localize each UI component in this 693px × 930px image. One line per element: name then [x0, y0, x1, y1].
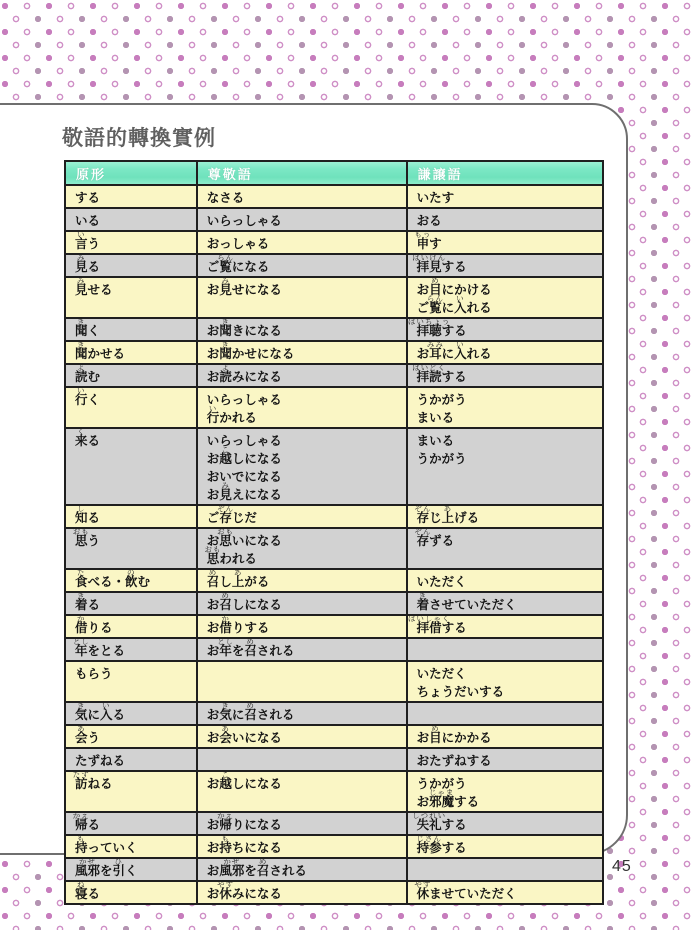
furigana: い: [456, 295, 465, 302]
furigana: とし: [217, 638, 234, 645]
table-cell: 聞きかせる: [65, 341, 197, 364]
kanji-with-furigana: 寝ね: [75, 887, 88, 902]
furigana: たず: [73, 771, 90, 778]
table-cell: 訪たずねる: [65, 771, 197, 812]
table-cell: お召めしになる: [197, 592, 407, 615]
furigana: もう: [414, 231, 431, 238]
furigana: よ: [77, 364, 86, 371]
kanji-with-furigana: 上あ: [442, 511, 455, 526]
table-cell: 風邪かぜを引ひく: [65, 858, 197, 881]
table-cell: [407, 638, 603, 661]
furigana: し: [77, 505, 86, 512]
table-cell: お借かりする: [197, 615, 407, 638]
table-cell: うかがうまいる: [407, 387, 603, 428]
table-cell: お見みせになる: [197, 277, 407, 318]
furigana: こ: [221, 446, 230, 453]
table-row: するなさるいたす: [65, 185, 603, 208]
kanji-with-furigana: 来く: [75, 434, 88, 449]
kanji-with-furigana: 読よ: [75, 370, 88, 385]
kanji-with-furigana: 年とし: [219, 644, 232, 659]
table-cell: お目めにかけるご覧らんに入いれる: [407, 277, 603, 318]
header-cell-kenjougo: 謙譲語: [407, 161, 603, 185]
table-cell: いただく: [407, 569, 603, 592]
furigana: かぜ: [79, 858, 96, 865]
furigana: ね: [77, 881, 86, 888]
table-cell: お休やすみになる: [197, 881, 407, 904]
table-row: 訪たずねるお越こしになるうかがうお邪魔じゃまする: [65, 771, 603, 812]
furigana: はいどく: [412, 364, 446, 371]
furigana: か: [221, 615, 230, 622]
kanji-with-furigana: 上あ: [232, 575, 245, 590]
table-cell: 失礼しつれいする: [407, 812, 603, 835]
table-row: 食たべる・飲のむ召めし上あがるいただく: [65, 569, 603, 592]
furigana: き: [221, 341, 230, 348]
furigana: き: [77, 592, 86, 599]
table-cell: [197, 748, 407, 771]
table-cell: お聞ききになる: [197, 318, 407, 341]
table-cell: お聞きかせになる: [197, 341, 407, 364]
kanji-with-furigana: 存ぞん: [417, 511, 430, 526]
table-cell: 行いく: [65, 387, 197, 428]
page-number: 45: [612, 858, 632, 876]
furigana: め: [246, 702, 255, 709]
table-cell: いらっしゃる: [197, 208, 407, 231]
kanji-with-furigana: 聞き: [219, 347, 232, 362]
table-cell: 申もうす: [407, 231, 603, 254]
kanji-with-furigana: 入い: [454, 347, 467, 362]
table-row: 風邪かぜを引ひくお風邪かぜを召めされる: [65, 858, 603, 881]
kanji-with-furigana: 見み: [75, 283, 88, 298]
kanji-with-furigana: 覧らん: [219, 260, 232, 275]
kanji-with-furigana: 思おも: [207, 552, 220, 567]
table-cell: 拝読はいどくする: [407, 364, 603, 387]
furigana: か: [77, 615, 86, 622]
furigana: い: [77, 387, 86, 394]
furigana: こ: [221, 771, 230, 778]
table-row: 見みるご覧らんになる拝見はいけんする: [65, 254, 603, 277]
kanji-with-furigana: 召め: [207, 575, 220, 590]
table-row: 行いくいらっしゃる行いかれるうかがうまいる: [65, 387, 603, 428]
furigana: く: [77, 428, 86, 435]
furigana: め: [221, 592, 230, 599]
table-cell: 存ぞんじ上あげる: [407, 505, 603, 528]
table-cell: お読よみになる: [197, 364, 407, 387]
furigana: しつれい: [412, 812, 446, 819]
kanji-with-furigana: 借か: [219, 621, 232, 636]
table-cell: 気きに入いる: [65, 702, 197, 725]
kanji-with-furigana: 申もう: [417, 237, 430, 252]
kanji-with-furigana: 知し: [75, 511, 88, 526]
table-cell: 聞きく: [65, 318, 197, 341]
kanji-with-furigana: 帰かえ: [75, 818, 88, 833]
furigana: よ: [221, 364, 230, 371]
furigana: ぞん: [414, 528, 431, 535]
furigana: はいけん: [412, 254, 446, 261]
kanji-with-furigana: 召め: [244, 644, 257, 659]
table-cell: いらっしゃるお越こしになるおいでになるお見みえになる: [197, 428, 407, 505]
furigana: おも: [217, 528, 234, 535]
furigana: い: [77, 231, 86, 238]
table-row: 会あうお会あいになるお目めにかかる: [65, 725, 603, 748]
table-row: 聞きくお聞ききになる拝聴はいちょうする: [65, 318, 603, 341]
kanji-with-furigana: 言い: [75, 237, 88, 252]
table-cell: うかがうお邪魔じゃまする: [407, 771, 603, 812]
table-cell: 食たべる・飲のむ: [65, 569, 197, 592]
table-header-row: 原形 尊敬語 謙譲語: [65, 161, 603, 185]
kanji-with-furigana: 会あ: [219, 731, 232, 746]
kanji-with-furigana: 訪たず: [75, 777, 88, 792]
furigana: ぞん: [217, 505, 234, 512]
page-title: 敬語的轉換實例: [62, 122, 216, 152]
furigana: き: [221, 318, 230, 325]
table-cell: いただくちょうだいする: [407, 661, 603, 702]
table-row: 思おもうお思おもいになる思おもわれる存ぞんずる: [65, 528, 603, 569]
table-cell: おたずねする: [407, 748, 603, 771]
furigana: き: [419, 592, 428, 599]
keigo-table-body: するなさるいたすいるいらっしゃるおる言いうおっしゃる申もうす見みるご覧らんになる…: [65, 185, 603, 904]
furigana: み: [77, 277, 86, 284]
table-row: 気きに入いるお気きに召めされる: [65, 702, 603, 725]
table-cell: いらっしゃる行いかれる: [197, 387, 407, 428]
table-row: 年としをとるお年としを召めされる: [65, 638, 603, 661]
table-cell: 借かりる: [65, 615, 197, 638]
kanji-with-furigana: 拝借はいしゃく: [417, 621, 442, 636]
table-cell: お帰かえりになる: [197, 812, 407, 835]
furigana: み: [77, 254, 86, 261]
table-row: たずねるおたずねする: [65, 748, 603, 771]
table-cell: お気きに召めされる: [197, 702, 407, 725]
kanji-with-furigana: 借か: [75, 621, 88, 636]
table-cell: 着きさせていただく: [407, 592, 603, 615]
table-row: 読よむお読よみになる拝読はいどくする: [65, 364, 603, 387]
table-cell: お目めにかかる: [407, 725, 603, 748]
furigana: みみ: [427, 341, 444, 348]
kanji-with-furigana: 越こ: [219, 777, 232, 792]
table-cell: お会あいになる: [197, 725, 407, 748]
kanji-with-furigana: 読よ: [219, 370, 232, 385]
kanji-with-furigana: 入い: [454, 301, 467, 316]
kanji-with-furigana: 着き: [417, 598, 430, 613]
furigana: た: [77, 569, 86, 576]
table-row: 知しるご存ぞんじだ存ぞんじ上あげる: [65, 505, 603, 528]
table-cell: 拝聴はいちょうする: [407, 318, 603, 341]
kanji-with-furigana: 越こ: [219, 452, 232, 467]
table-cell: 着きる: [65, 592, 197, 615]
table-cell: 見みる: [65, 254, 197, 277]
kanji-with-furigana: 拝読はいどく: [417, 370, 442, 385]
table-cell: お耳みみに入いれる: [407, 341, 603, 364]
table-cell: いる: [65, 208, 197, 231]
kanji-with-furigana: 覧らん: [429, 301, 442, 316]
table-cell: いたす: [407, 185, 603, 208]
kanji-with-furigana: 気き: [219, 708, 232, 723]
furigana: じゃま: [429, 789, 455, 796]
kanji-with-furigana: 持参じさん: [417, 841, 442, 856]
table-cell: 年としをとる: [65, 638, 197, 661]
table-row: 借かりるお借かりする拝借はいしゃくする: [65, 615, 603, 638]
furigana: あ: [77, 725, 86, 732]
header-cell-base-form: 原形: [65, 161, 197, 185]
table-row: 聞きかせるお聞きかせになるお耳みみに入いれる: [65, 341, 603, 364]
furigana: み: [221, 482, 230, 489]
table-cell: する: [65, 185, 197, 208]
kanji-with-furigana: 風邪かぜ: [219, 864, 244, 879]
furigana: め: [246, 638, 255, 645]
kanji-with-furigana: 存ぞん: [219, 511, 232, 526]
kanji-with-furigana: 帰かえ: [219, 818, 232, 833]
kanji-with-furigana: 聞き: [75, 324, 88, 339]
kanji-with-furigana: 風邪かぜ: [75, 864, 100, 879]
table-cell: 見みせる: [65, 277, 197, 318]
table-cell: [197, 661, 407, 702]
table-cell: お持もちになる: [197, 835, 407, 858]
furigana: め: [209, 569, 218, 576]
table-row: 帰かえるお帰かえりになる失礼しつれいする: [65, 812, 603, 835]
furigana: はいちょう: [408, 318, 451, 325]
table-cell: お思おもいになる思おもわれる: [197, 528, 407, 569]
kanji-with-furigana: 拝聴はいちょう: [417, 324, 442, 339]
table-cell: 召めし上あがる: [197, 569, 407, 592]
furigana: き: [77, 318, 86, 325]
furigana: ひ: [115, 858, 124, 865]
table-cell: お越こしになる: [197, 771, 407, 812]
kanji-with-furigana: 着き: [75, 598, 88, 613]
furigana: おも: [73, 528, 90, 535]
kanji-with-furigana: 召め: [244, 708, 257, 723]
furigana: い: [209, 405, 218, 412]
furigana: い: [456, 341, 465, 348]
furigana: らん: [427, 295, 444, 302]
table-cell: 拝借はいしゃくする: [407, 615, 603, 638]
kanji-with-furigana: 召め: [257, 864, 270, 879]
kanji-with-furigana: 年とし: [75, 644, 88, 659]
furigana: も: [221, 835, 230, 842]
kanji-with-furigana: 気き: [75, 708, 88, 723]
table-cell: [407, 702, 603, 725]
kanji-with-furigana: 休やす: [417, 887, 430, 902]
furigana: め: [259, 858, 268, 865]
table-cell: たずねる: [65, 748, 197, 771]
kanji-with-furigana: 入い: [100, 708, 113, 723]
furigana: ぞん: [414, 505, 431, 512]
furigana: かぜ: [223, 858, 240, 865]
furigana: あ: [221, 725, 230, 732]
table-cell: おっしゃる: [197, 231, 407, 254]
table-cell: 知しる: [65, 505, 197, 528]
furigana: おも: [205, 546, 222, 553]
table-cell: 持参じさんする: [407, 835, 603, 858]
table-cell: お風邪かぜを召めされる: [197, 858, 407, 881]
furigana: い: [102, 702, 111, 709]
furigana: はいしゃく: [408, 615, 451, 622]
table-cell: 帰かえる: [65, 812, 197, 835]
kanji-with-furigana: 召め: [219, 598, 232, 613]
table-cell: 読よむ: [65, 364, 197, 387]
kanji-with-furigana: 引ひ: [113, 864, 126, 879]
table-row: 見みせるお見みせになるお目めにかけるご覧らんに入いれる: [65, 277, 603, 318]
table-cell: 持もっていく: [65, 835, 197, 858]
table-row: 言いうおっしゃる申もうす: [65, 231, 603, 254]
table-cell: 寝ねる: [65, 881, 197, 904]
furigana: やす: [414, 881, 431, 888]
table-row: いるいらっしゃるおる: [65, 208, 603, 231]
table-row: もらういただくちょうだいする: [65, 661, 603, 702]
furigana: き: [77, 702, 86, 709]
kanji-with-furigana: 目め: [429, 731, 442, 746]
keigo-table: 原形 尊敬語 謙譲語 するなさるいたすいるいらっしゃるおる言いうおっしゃる申もう…: [64, 160, 604, 905]
furigana: かえ: [217, 812, 234, 819]
table-row: 着きるお召めしになる着きさせていただく: [65, 592, 603, 615]
kanji-with-furigana: 思おも: [75, 534, 88, 549]
furigana: き: [221, 702, 230, 709]
table-cell: もらう: [65, 661, 197, 702]
furigana: やす: [217, 881, 234, 888]
kanji-with-furigana: 聞き: [75, 347, 88, 362]
table-cell: 休やすませていただく: [407, 881, 603, 904]
furigana: も: [77, 835, 86, 842]
kanji-with-furigana: 行い: [75, 393, 88, 408]
kanji-with-furigana: 飲の: [125, 575, 138, 590]
table-cell: 拝見はいけんする: [407, 254, 603, 277]
furigana: とし: [73, 638, 90, 645]
furigana: らん: [217, 254, 234, 261]
kanji-with-furigana: 持も: [75, 841, 88, 856]
furigana: かえ: [73, 812, 90, 819]
kanji-with-furigana: 失礼しつれい: [417, 818, 442, 833]
kanji-with-furigana: 会あ: [75, 731, 88, 746]
table-cell: なさる: [197, 185, 407, 208]
table-cell: [407, 858, 603, 881]
table-cell: ご覧らんになる: [197, 254, 407, 277]
furigana: き: [77, 341, 86, 348]
kanji-with-furigana: 邪魔じゃま: [429, 795, 454, 810]
furigana: の: [127, 569, 136, 576]
table-cell: 思おもう: [65, 528, 197, 569]
furigana: じさん: [416, 835, 442, 842]
table-cell: まいるうかがう: [407, 428, 603, 505]
furigana: あ: [444, 505, 453, 512]
table-row: 持もっていくお持もちになる持参じさんする: [65, 835, 603, 858]
kanji-with-furigana: 食た: [75, 575, 88, 590]
furigana: あ: [234, 569, 243, 576]
header-cell-sonkeigo: 尊敬語: [197, 161, 407, 185]
kanji-with-furigana: 見み: [219, 283, 232, 298]
kanji-with-furigana: 耳みみ: [429, 347, 442, 362]
table-cell: 言いう: [65, 231, 197, 254]
kanji-with-furigana: 存ぞん: [417, 534, 430, 549]
kanji-with-furigana: 行い: [207, 411, 220, 426]
kanji-with-furigana: 休やす: [219, 887, 232, 902]
table-row: 来くるいらっしゃるお越こしになるおいでになるお見みえになるまいるうかがう: [65, 428, 603, 505]
table-cell: おる: [407, 208, 603, 231]
kanji-with-furigana: 持も: [219, 841, 232, 856]
table-cell: 会あう: [65, 725, 197, 748]
table-cell: ご存ぞんじだ: [197, 505, 407, 528]
table-cell: 存ぞんずる: [407, 528, 603, 569]
kanji-with-furigana: 見み: [219, 488, 232, 503]
furigana: め: [431, 725, 440, 732]
furigana: め: [431, 277, 440, 284]
table-cell: お年としを召めされる: [197, 638, 407, 661]
table-row: 寝ねるお休やすみになる休やすませていただく: [65, 881, 603, 904]
kanji-with-furigana: 見み: [75, 260, 88, 275]
book-page: { "page": { "title": "敬語的轉換實例", "number"…: [0, 0, 693, 930]
kanji-with-furigana: 拝見はいけん: [417, 260, 442, 275]
furigana: み: [221, 277, 230, 284]
table-cell: 来くる: [65, 428, 197, 505]
kanji-with-furigana: 聞き: [219, 324, 232, 339]
